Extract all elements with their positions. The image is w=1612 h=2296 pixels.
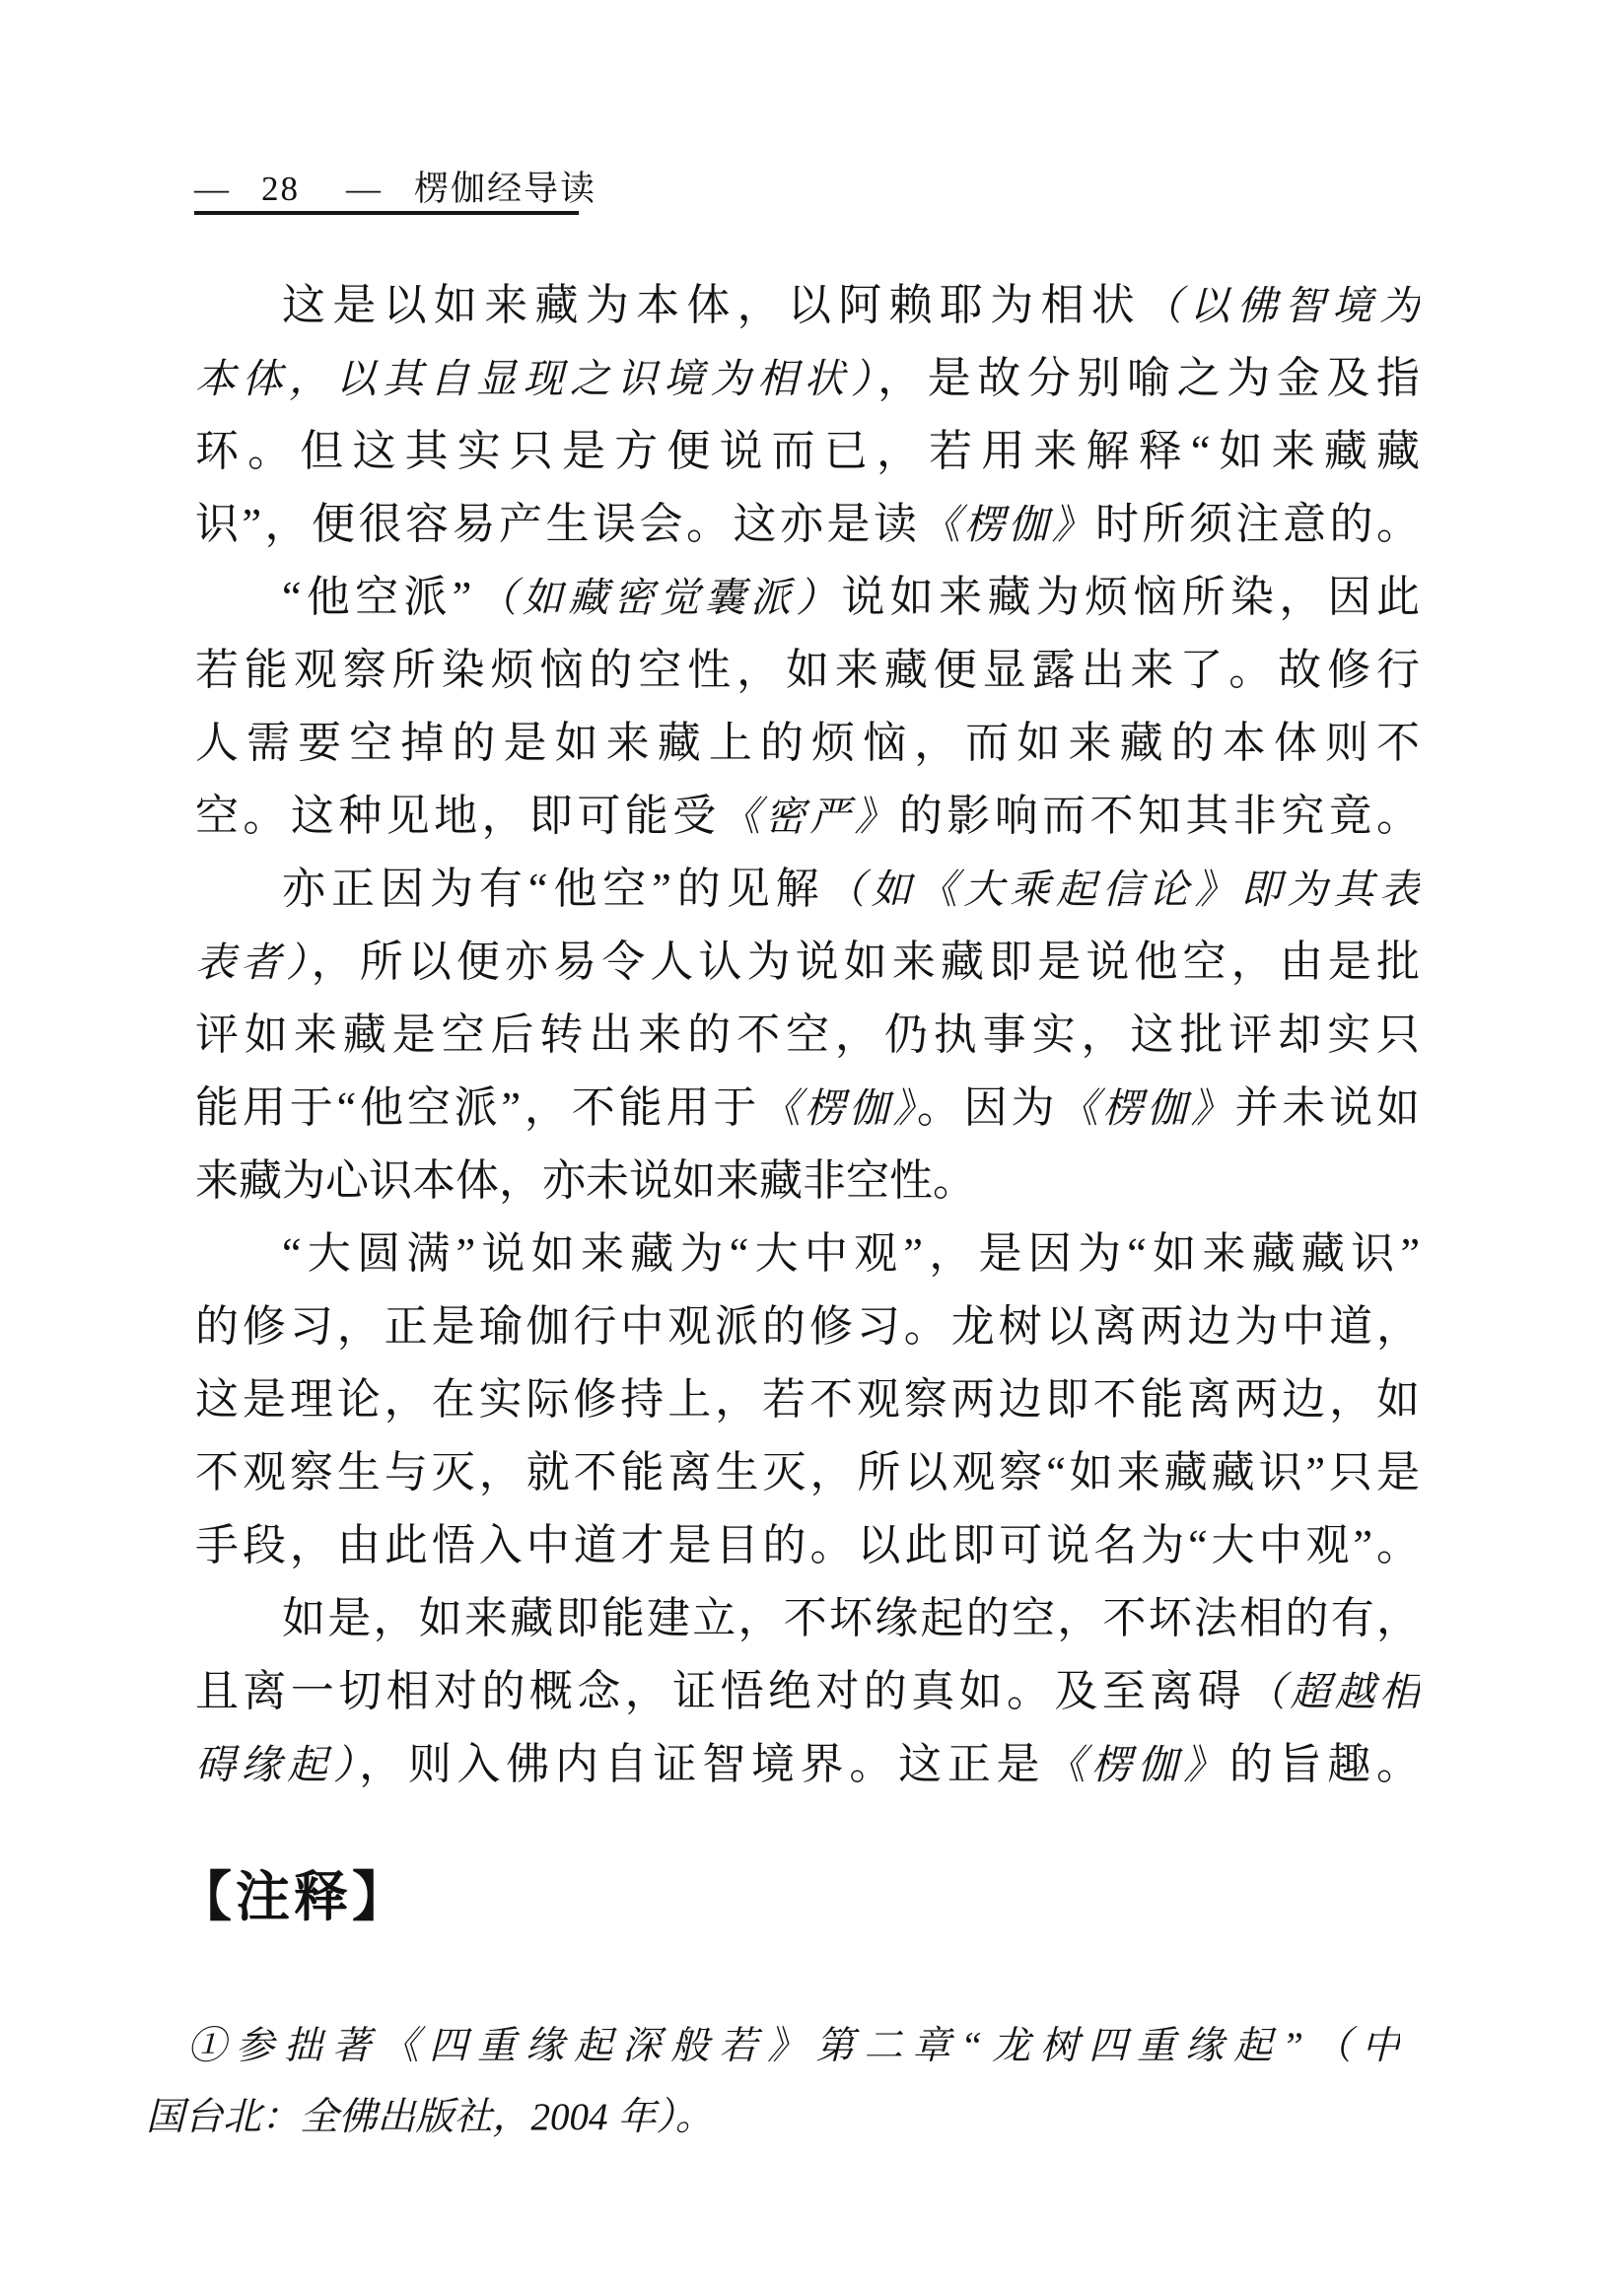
song-text-segment: 如是，如来藏即能建立，不坏缘起的空，不坏法相的有， bbox=[282, 1594, 1420, 1642]
text-line: 表者），所以便亦易令人认为说如来藏即是说他空，由是批 bbox=[195, 926, 1420, 999]
kai-text-segment: 碍缘起） bbox=[195, 1743, 359, 1787]
song-text-segment: 这是理论，在实际修持上，若不观察两边即不能离两边，如 bbox=[195, 1375, 1420, 1424]
kai-text-segment: 《楞伽》 bbox=[760, 1086, 917, 1131]
text-line: 评如来藏是空后转出来的不空，仍执事实，这批评却实只 bbox=[195, 999, 1420, 1072]
song-text-segment: 并未说如 bbox=[1234, 1083, 1420, 1132]
text-line: 本体，以其自显现之识境为相状），是故分别喻之为金及指 bbox=[195, 342, 1420, 415]
kai-text-segment: （如《大乘起信论》即为其表 bbox=[825, 868, 1420, 912]
song-text-segment: 评如来藏是空后转出来的不空，仍执事实，这批评却实只 bbox=[195, 1010, 1420, 1059]
song-text-segment: 。因为 bbox=[917, 1083, 1059, 1132]
kai-text-segment: （超越相 bbox=[1245, 1670, 1420, 1714]
notes-section-heading: 【注释】 bbox=[177, 1869, 410, 1926]
kai-text-segment: 本体，以其自显现之识境为相状） bbox=[195, 357, 877, 401]
kai-text-segment: 《楞伽》 bbox=[920, 503, 1095, 547]
song-text-segment: 时所须注意的。 bbox=[1095, 500, 1420, 548]
header-dash-right: — bbox=[346, 170, 381, 208]
page-number: 28 bbox=[261, 170, 300, 208]
song-text-segment: 空。这种见地，即可能受 bbox=[195, 792, 721, 840]
kai-text-segment: 国台北：全佛出版社，2004 年）。 bbox=[146, 2096, 714, 2138]
paragraph: “他空派”（如藏密觉囊派）说如来藏为烦恼所染，因此 若能观察所染烦恼的空性，如来… bbox=[195, 561, 1420, 853]
text-line: 如是，如来藏即能建立，不坏缘起的空，不坏法相的有， bbox=[195, 1582, 1420, 1655]
kai-text-segment: 《楞伽》 bbox=[1058, 1086, 1234, 1131]
text-line: 的修习，正是瑜伽行中观派的修习。龙树以离两边为中道， bbox=[195, 1290, 1420, 1363]
song-text-segment: 识”，便很容易产生误会。这亦是读 bbox=[195, 500, 920, 548]
song-text-segment: 人需要空掉的是如来藏上的烦恼，而如来藏的本体则不 bbox=[195, 719, 1420, 767]
paragraph: 如是，如来藏即能建立，不坏缘起的空，不坏法相的有， 且离一切相对的概念，证悟绝对… bbox=[195, 1582, 1420, 1801]
book-page: —28—楞伽经导读 这是以如来藏为本体，以阿赖耶为相状（以佛智境为 本体，以其自… bbox=[0, 0, 1612, 2296]
kai-text-segment: 表者） bbox=[195, 940, 312, 985]
text-line: 这是理论，在实际修持上，若不观察两边即不能离两边，如 bbox=[195, 1363, 1420, 1436]
song-text-segment: ，则入佛内自证智境界。这正是 bbox=[359, 1740, 1045, 1788]
kai-text-segment: 《楞伽》 bbox=[1045, 1743, 1229, 1787]
song-text-segment: 环。但这其实只是方便说而已，若用来解释“如来藏藏 bbox=[195, 427, 1420, 475]
body-text: 这是以如来藏为本体，以阿赖耶为相状（以佛智境为 本体，以其自显现之识境为相状），… bbox=[195, 269, 1420, 1801]
text-line: 识”，便很容易产生误会。这亦是读《楞伽》时所须注意的。 bbox=[195, 488, 1420, 561]
footnote-line: ①参拙著《四重缘起深般若》第二章“龙树四重缘起”（中 bbox=[146, 2010, 1400, 2081]
song-text-segment: 不观察生与灭，就不能离生灭，所以观察“如来藏藏识”只是 bbox=[195, 1448, 1420, 1496]
text-line: 环。但这其实只是方便说而已，若用来解释“如来藏藏 bbox=[195, 415, 1420, 488]
text-line: 能用于“他空派”，不能用于《楞伽》。因为《楞伽》并未说如 bbox=[195, 1072, 1420, 1145]
text-line: 来藏为心识本体，亦未说如来藏非空性。 bbox=[195, 1145, 1420, 1218]
footnote-line: 国台北：全佛出版社，2004 年）。 bbox=[146, 2081, 1400, 2152]
text-line: 且离一切相对的概念，证悟绝对的真如。及至离碍（超越相 bbox=[195, 1655, 1420, 1728]
kai-text-segment: 《密严》 bbox=[721, 795, 899, 839]
paragraph: “大圆满”说如来藏为“大中观”，是因为“如来藏藏识” 的修习，正是瑜伽行中观派的… bbox=[195, 1218, 1420, 1582]
text-line: 人需要空掉的是如来藏上的烦恼，而如来藏的本体则不 bbox=[195, 707, 1420, 780]
song-text-segment: ，是故分别喻之为金及指 bbox=[877, 354, 1420, 402]
header-dash-left: — bbox=[194, 170, 229, 208]
song-text-segment: ，所以便亦易令人认为说如来藏即是说他空，由是批 bbox=[312, 938, 1420, 986]
footnote: ①参拙著《四重缘起深般若》第二章“龙树四重缘起”（中 国台北：全佛出版社，200… bbox=[146, 2010, 1400, 2152]
text-line: 亦正因为有“他空”的见解（如《大乘起信论》即为其表 bbox=[195, 853, 1420, 926]
text-line: 手段，由此悟入中道才是目的。以此即可说名为“大中观”。 bbox=[195, 1509, 1420, 1582]
song-text-segment: “他空派” bbox=[282, 573, 471, 621]
song-text-segment: 的影响而不知其非究竟。 bbox=[899, 792, 1420, 840]
song-text-segment: 这是以如来藏为本体，以阿赖耶为相状 bbox=[282, 281, 1142, 329]
kai-text-segment: ①参拙著《四重缘起深般若》第二章“龙树四重缘起”（中 bbox=[187, 2025, 1400, 2067]
book-title: 楞伽经导读 bbox=[414, 170, 596, 208]
text-line: 空。这种见地，即可能受《密严》的影响而不知其非究竟。 bbox=[195, 780, 1420, 853]
text-line: “他空派”（如藏密觉囊派）说如来藏为烦恼所染，因此 bbox=[195, 561, 1420, 634]
song-text-segment: 的修习，正是瑜伽行中观派的修习。龙树以离两边为中道， bbox=[195, 1302, 1420, 1351]
kai-text-segment: （如藏密觉囊派） bbox=[471, 576, 841, 620]
text-line: 碍缘起），则入佛内自证智境界。这正是《楞伽》的旨趣。 bbox=[195, 1728, 1420, 1801]
song-text-segment: 亦正因为有“他空”的见解 bbox=[282, 865, 825, 913]
song-text-segment: “大圆满”说如来藏为“大中观”，是因为“如来藏藏识” bbox=[282, 1229, 1420, 1278]
paragraph: 亦正因为有“他空”的见解（如《大乘起信论》即为其表 表者），所以便亦易令人认为说… bbox=[195, 853, 1420, 1218]
text-line: 不观察生与灭，就不能离生灭，所以观察“如来藏藏识”只是 bbox=[195, 1436, 1420, 1509]
song-text-segment: 能用于“他空派”，不能用于 bbox=[195, 1083, 760, 1132]
song-text-segment: 且离一切相对的概念，证悟绝对的真如。及至离碍 bbox=[195, 1667, 1245, 1715]
running-head: —28—楞伽经导读 bbox=[194, 172, 579, 215]
text-line: 这是以如来藏为本体，以阿赖耶为相状（以佛智境为 bbox=[195, 269, 1420, 342]
song-text-segment: 手段，由此悟入中道才是目的。以此即可说名为“大中观”。 bbox=[195, 1521, 1420, 1569]
song-text-segment: 来藏为心识本体，亦未说如来藏非空性。 bbox=[195, 1156, 976, 1205]
paragraph: 这是以如来藏为本体，以阿赖耶为相状（以佛智境为 本体，以其自显现之识境为相状），… bbox=[195, 269, 1420, 561]
text-line: “大圆满”说如来藏为“大中观”，是因为“如来藏藏识” bbox=[195, 1218, 1420, 1290]
song-text-segment: 的旨趣。 bbox=[1229, 1740, 1420, 1788]
song-text-segment: 若能观察所染烦恼的空性，如来藏便显露出来了。故修行 bbox=[195, 646, 1420, 694]
kai-text-segment: （以佛智境为 bbox=[1142, 284, 1420, 328]
song-text-segment: 说如来藏为烦恼所染，因此 bbox=[841, 573, 1420, 621]
text-line: 若能观察所染烦恼的空性，如来藏便显露出来了。故修行 bbox=[195, 634, 1420, 707]
